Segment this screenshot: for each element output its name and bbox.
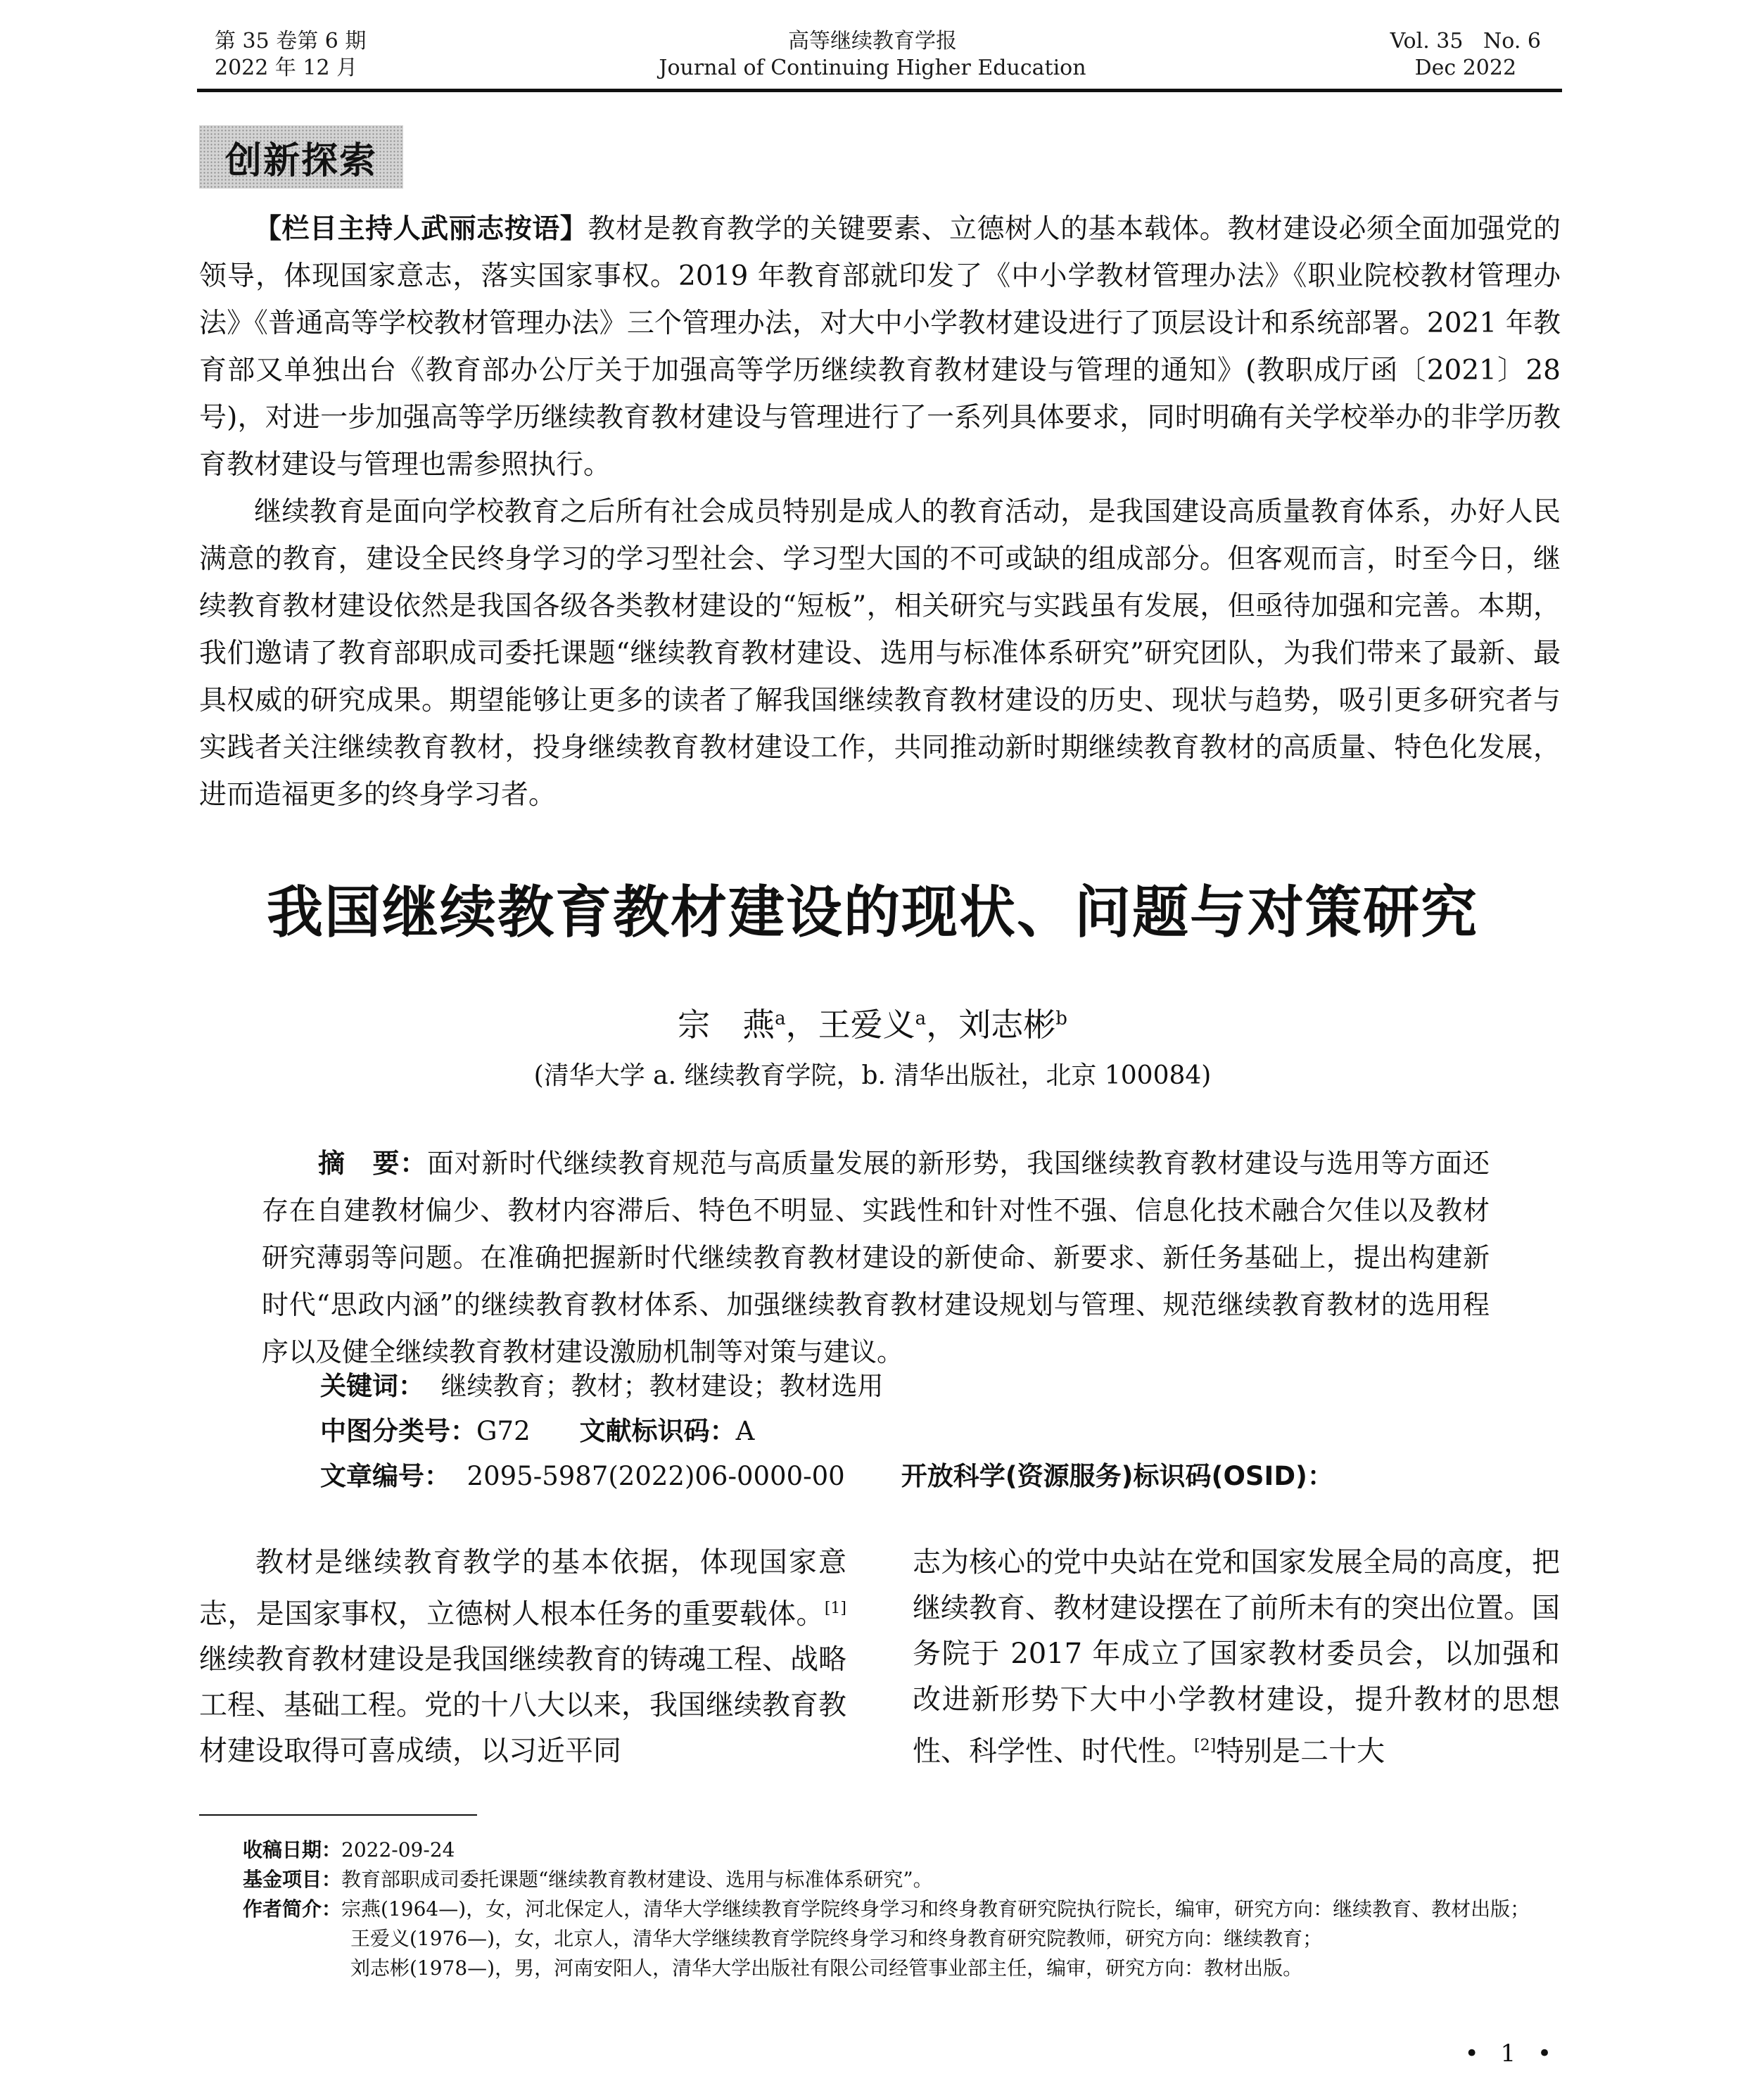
page-number: • 1 • — [1465, 2039, 1559, 2068]
article-title: 我国继续教育教材建设的现状、问题与对策研究 — [0, 867, 1745, 948]
doc-code-value: A — [736, 1416, 755, 1446]
fund-project: 基金项目：教育部职成司委托课题“继续教育教材建设、选用与标准体系研究”。 — [243, 1865, 1566, 1895]
body-column-left: 教材是继续教育教学的基本依据，体现国家意志，是国家事权，立德树人根本任务的重要载… — [199, 1540, 846, 1774]
body-column-right: 志为核心的党中央站在党和国家发展全局的高度，把继续教育、教材建设摆在了前所未有的… — [913, 1540, 1560, 1774]
abstract-text: 面对新时代继续教育规范与高质量发展的新形势，我国继续教育教材建设与选用等方面还存… — [262, 1148, 1490, 1367]
citation-1[interactable]: [1] — [825, 1600, 846, 1617]
clc-value: G72 — [476, 1416, 531, 1446]
abstract-label: 摘 要： — [318, 1148, 427, 1179]
header-divider — [197, 89, 1562, 92]
author: 刘志彬 — [958, 1006, 1055, 1044]
editor-note-paragraph-1: 【栏目主持人武丽志按语】教材是教育教学的关键要素、立德树人的基本载体。教材建设必… — [199, 205, 1561, 488]
editor-note-paragraph-2: 继续教育是面向学校教育之后所有社会成员特别是成人的教育活动，是我国建设高质量教育… — [199, 488, 1561, 818]
footnotes: 收稿日期：2022-09-24 基金项目：教育部职成司委托课题“继续教育教材建设… — [243, 1835, 1566, 1983]
osid-label: 开放科学(资源服务)标识码(OSID)： — [901, 1461, 1333, 1491]
article-number-value: 2095-5987(2022)06-0000-00 — [467, 1461, 845, 1491]
author-list: 宗 燕a，王爱义a，刘志彬b — [0, 999, 1745, 1046]
citation-2[interactable]: [2] — [1194, 1737, 1216, 1754]
date-en: Dec 2022 — [1390, 55, 1541, 82]
author-bio-3: 刘志彬(1978—)，男，河南安阳人，清华大学出版社有限公司经管事业部主任，编审… — [243, 1954, 1566, 1983]
abstract: 摘 要：面对新时代继续教育规范与高质量发展的新形势，我国继续教育教材建设与选用等… — [262, 1140, 1490, 1376]
section-tag: 创新探索 — [199, 125, 403, 189]
author: 宗 燕 — [678, 1006, 775, 1044]
keywords: 关键词： 继续教育；教材；教材建设；教材选用 — [320, 1364, 884, 1409]
keywords-value: 继续教育；教材；教材建设；教材选用 — [441, 1371, 884, 1401]
received-date: 收稿日期：2022-09-24 — [243, 1835, 1566, 1865]
editor-note: 【栏目主持人武丽志按语】教材是教育教学的关键要素、立德树人的基本载体。教材建设必… — [199, 205, 1561, 818]
affiliation: (清华大学 a. 继续教育学院，b. 清华出版社，北京 100084) — [0, 1056, 1745, 1092]
author-bio-1: 作者简介：宗燕(1964—)，女，河北保定人，清华大学继续教育学院终身学习和终身… — [243, 1895, 1566, 1924]
article-number: 文章编号： 2095-5987(2022)06-0000-00开放科学(资源服务… — [320, 1454, 1333, 1499]
author-bio-2: 王爱义(1976—)，女，北京人，清华大学继续教育学院终身学习和终身教育研究院教… — [243, 1924, 1566, 1954]
classification: 中图分类号：G72文献标识码：A — [320, 1409, 754, 1454]
footnote-divider — [199, 1814, 477, 1816]
author: 王爱义 — [818, 1006, 915, 1044]
volume-issue-en: Vol. 35 No. 6 — [1390, 28, 1541, 55]
issue-info-en: Vol. 35 No. 6 Dec 2022 — [1390, 28, 1541, 82]
editor-note-lead: 【栏目主持人武丽志按语】 — [254, 213, 588, 245]
